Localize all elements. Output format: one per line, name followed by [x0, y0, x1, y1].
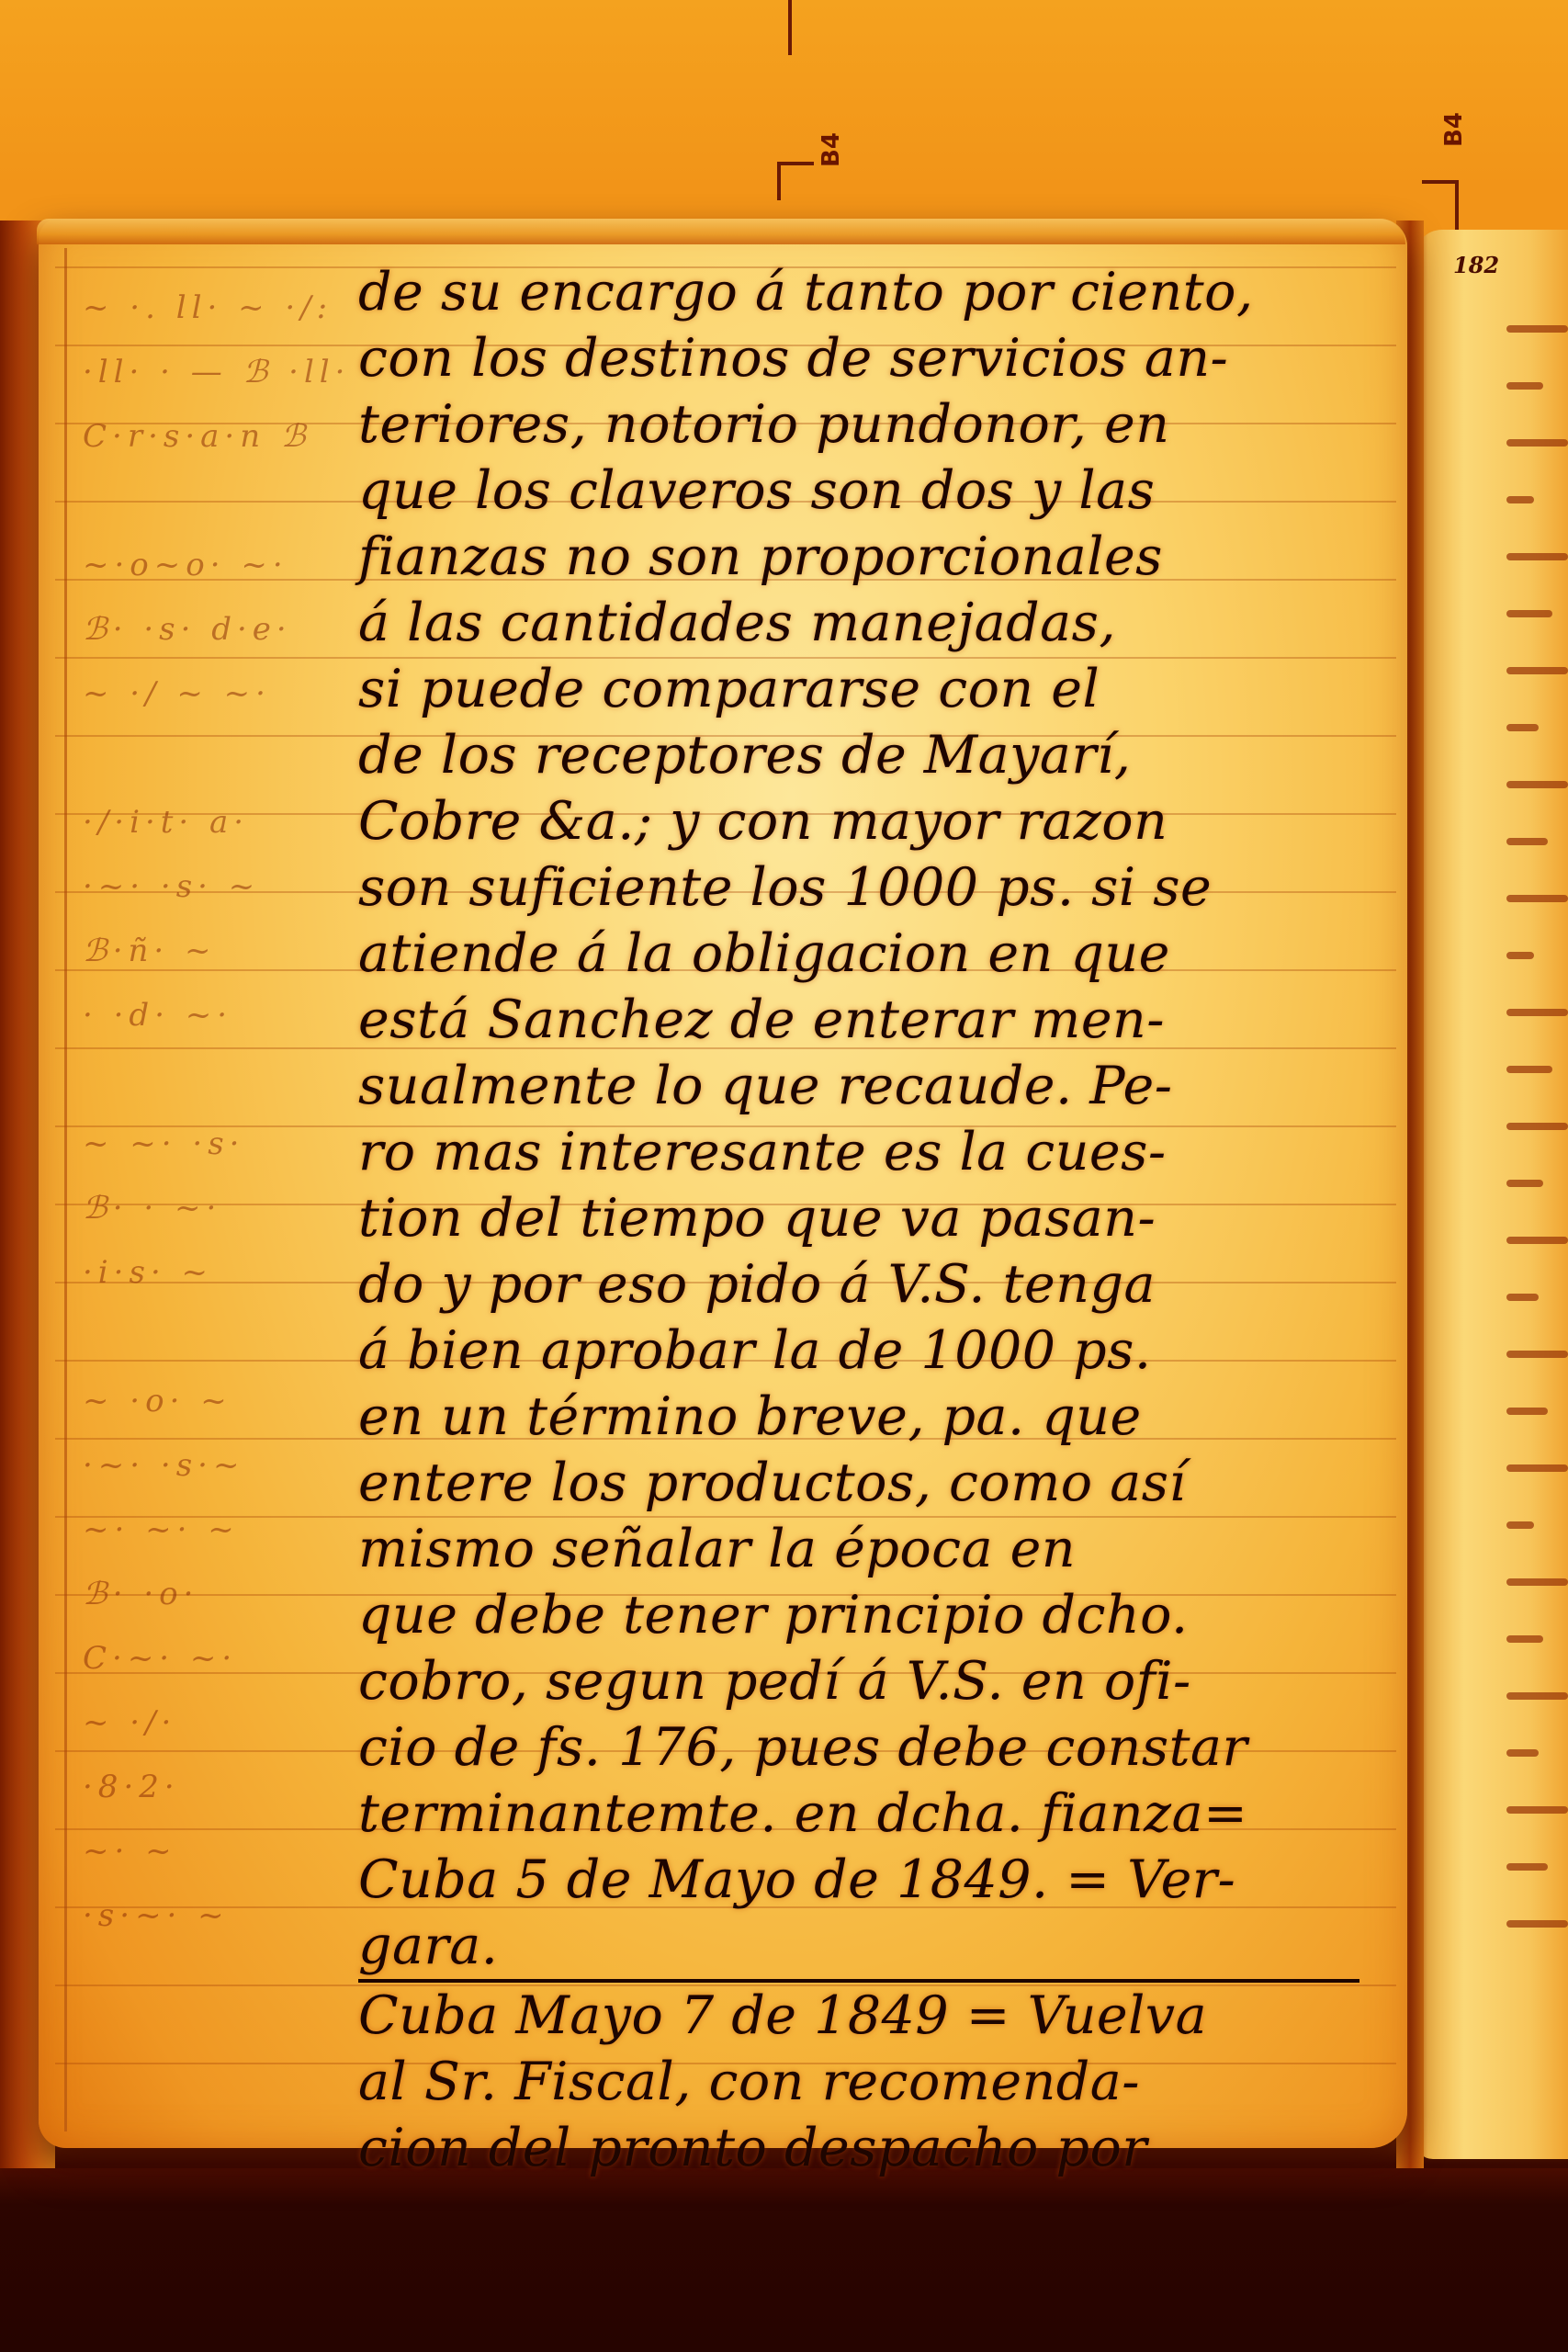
manuscript-line: cion del pronto despacho por [358, 2115, 1396, 2181]
crop-marker-right-label: B4 [1440, 112, 1468, 147]
manuscript-line: cobro, segun pedí á V.S. en ofi- [358, 1648, 1396, 1714]
crop-marker-right-horizontal [1422, 180, 1459, 184]
bleed-line: ·ll· · — ℬ ·ll· [83, 340, 358, 404]
manuscript-line: tion del tiempo que va pasan- [358, 1185, 1396, 1251]
bleed-line: ~ ·/ ~ ~· [83, 661, 358, 726]
bleed-line: ·i·s· ~ [83, 1240, 358, 1305]
crop-marker-left-vertical [777, 162, 781, 200]
manuscript-line: son suficiente los 1000 ps. si se [358, 854, 1396, 921]
manuscript-line: en un término breve, pa. que [358, 1384, 1396, 1450]
bleed-line: · ·d· ~· [83, 983, 358, 1047]
bleed-line: ~ ~· ·s· [83, 1112, 358, 1176]
bleed-line [83, 469, 358, 533]
manuscript-line: entere los productos, como así [358, 1450, 1396, 1516]
bleed-line: ℬ· ·s· d·e· [83, 597, 358, 661]
bleed-line: ·~· ·s·~ [83, 1433, 358, 1498]
bleed-line: ~· ~· ~ [83, 1498, 358, 1562]
manuscript-line: do y por eso pido á V.S. tenga [358, 1251, 1396, 1317]
bleed-line [83, 1047, 358, 1112]
manuscript-line: Cuba Mayo 7 de 1849 = Vuelva [358, 1983, 1396, 2049]
manuscript-line: de los receptores de Mayarí, [358, 722, 1396, 788]
facing-page-ink-marks [1506, 276, 1568, 1928]
bleed-line: C·~· ~· [83, 1626, 358, 1690]
bleed-line: ·/·i·t· a· [83, 790, 358, 854]
handwritten-text: de su encargo á tanto por ciento, con lo… [358, 259, 1396, 2181]
bleed-line: ~· ~ [83, 1819, 358, 1883]
bleed-line: ℬ· ·o· [83, 1562, 358, 1626]
crop-marker-right-vertical [1455, 180, 1459, 235]
manuscript-line: Cobre &a.; y con mayor razon [358, 788, 1396, 854]
bleed-line [83, 1305, 358, 1369]
manuscript-line: mismo señalar la época en [358, 1516, 1396, 1582]
bleed-line: ~ ·/· [83, 1690, 358, 1755]
manuscript-line: á bien aprobar la de 1000 ps. [358, 1317, 1396, 1384]
bleed-line: ~ ·. ll· ~ ·/: [83, 276, 358, 340]
manuscript-line: de su encargo á tanto por ciento, [358, 259, 1396, 325]
manuscript-line: está Sanchez de enterar men- [358, 987, 1396, 1053]
manuscript-line: teriores, notorio pundonor, en [358, 391, 1396, 458]
manuscript-line: al Sr. Fiscal, con recomenda- [358, 2049, 1396, 2115]
bleed-line [83, 726, 358, 790]
bleed-line: C·r·s·a·n ℬ [83, 404, 358, 469]
bleed-line: ~ ·o· ~ [83, 1369, 358, 1433]
manuscript-line: ro mas interesante es la cues- [358, 1119, 1396, 1185]
manuscript-line: atiende á la obligacion en que [358, 921, 1396, 987]
manuscript-line: cio de fs. 176, pues debe constar [358, 1714, 1396, 1781]
bleed-line: ℬ· · ~· [83, 1176, 358, 1240]
manuscript-line: Cuba 5 de Mayo de 1849. = Ver- [358, 1847, 1396, 1913]
manuscript-line: con los destinos de servicios an- [358, 325, 1396, 391]
left-margin-bleed-through: ~ ·. ll· ~ ·/: ·ll· · — ℬ ·ll· C·r·s·a·n… [83, 276, 358, 1948]
bleed-line: ~·o~o· ~· [83, 533, 358, 597]
manuscript-line: terminantemte. en dcha. fianza= [358, 1781, 1396, 1847]
crop-marker-top-line [788, 0, 792, 55]
manuscript-line: sualmente lo que recaude. Pe- [358, 1053, 1396, 1119]
manuscript-line: á las cantidades manejadas, [358, 590, 1396, 656]
table-shadow [0, 2168, 1568, 2352]
folio-number: 182 [1453, 252, 1499, 278]
crop-marker-left-label: B4 [818, 132, 845, 167]
manuscript-signature-line: gara. [358, 1913, 1359, 1983]
crop-marker-left-horizontal [777, 162, 814, 165]
manuscript-line: fianzas no son proporcionales [358, 524, 1396, 590]
bleed-line: ·~· ·s· ~ [83, 854, 358, 919]
bleed-line: ℬ·ñ· ~ [83, 919, 358, 983]
manuscript-line: que debe tener principio dcho. [358, 1582, 1396, 1648]
manuscript-line: que los claveros son dos y las [358, 458, 1396, 524]
bleed-line: ·s·~· ~ [83, 1883, 358, 1948]
page-top-edge [37, 219, 1405, 244]
bleed-line: ·8·2· [83, 1755, 358, 1819]
manuscript-line: si puede compararse con el [358, 656, 1396, 722]
